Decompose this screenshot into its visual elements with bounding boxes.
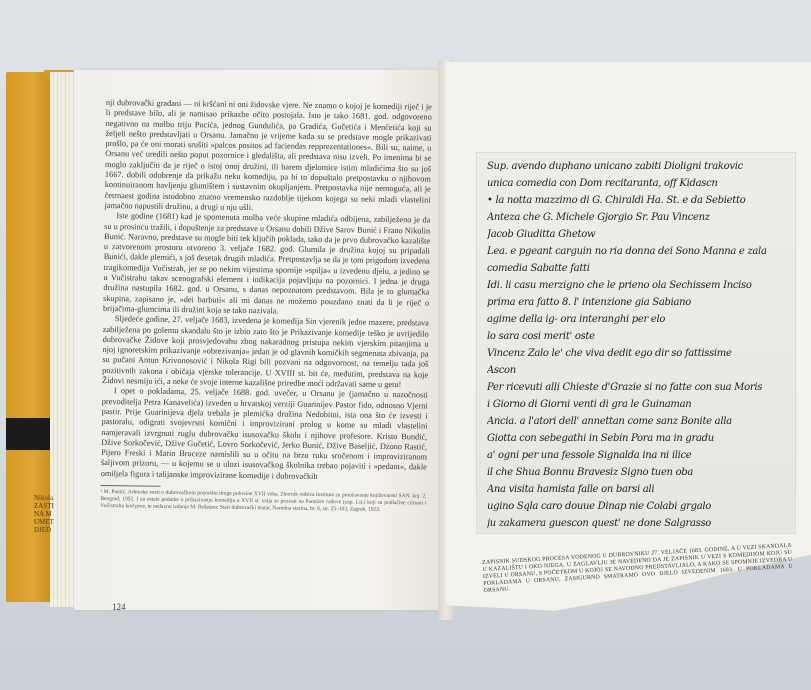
handwritten-line: Lea. e pgeant carguin no ria donna dei S…: [487, 246, 787, 263]
spine-title-line: DJED: [34, 526, 58, 534]
handwritten-line: Idi. li casu merzigno che le prieno ola …: [487, 280, 787, 297]
handwritten-line: a' ogni per una fessole Signalda ina ni …: [487, 450, 787, 467]
manuscript-facsimile: Sup. avendo duphano unicano zabiti Dioli…: [476, 152, 796, 534]
handwritten-line: unica comedia con Dom recitaranta, off K…: [487, 178, 787, 195]
paragraph: Sljedeće godine, 27. veljače 1683, izved…: [102, 314, 429, 391]
paragraph: nji dubrovački građani — ni kršćani ni o…: [104, 98, 432, 216]
handwritten-line: agime della ig- ora interanghi per elo: [487, 314, 787, 331]
handwritten-line: Ana visita hamista falle on barsi ali: [487, 484, 787, 501]
handwritten-lines: Sup. avendo duphano unicano zabiti Dioli…: [487, 161, 787, 535]
paragraph: I opet o pokladama, 25. veljače 1688. go…: [101, 386, 428, 483]
handwritten-line: comedia Sabatte fatti: [487, 263, 787, 280]
handwritten-line: prima era fatto 8. l' intenzione gia Sab…: [487, 297, 787, 314]
body-text: nji dubrovački građani — ni kršćani ni o…: [100, 98, 432, 514]
handwritten-line: Vincenz Zalo le' che viva dedit ego dir …: [487, 348, 787, 365]
spine-title-line: UMET: [34, 518, 58, 526]
spine-author: Nikola: [34, 494, 58, 502]
footnote-divider: [101, 485, 161, 487]
left-page: nji dubrovački građani — ni kršćani ni o…: [74, 70, 446, 610]
handwritten-line: il che Shua Bonnu Bravesiz Signo tuen ob…: [487, 467, 787, 484]
handwritten-line: Ascon: [487, 365, 787, 382]
page-number: 124: [112, 602, 126, 612]
handwritten-line: Ancia. a l'atori dell' annettan come san…: [487, 416, 787, 433]
footnote: ¹ M. Pantić, Arhivske vesti o dubrovačko…: [100, 489, 426, 515]
handwritten-line: Sup. avendo duphano unicano zabiti Dioli…: [487, 161, 787, 178]
handwritten-line: lo sara cosi merit' oste: [487, 331, 787, 348]
cover-black-band: [6, 418, 52, 450]
handwritten-line: Jacob Giuditta Ghetow: [487, 229, 787, 246]
handwritten-line: Giotta con sebegathi in Sebin Pora ma in…: [487, 433, 787, 450]
handwritten-line: Per ricevuti alli Chieste d'Grazie si no…: [487, 382, 787, 399]
spine-text: Nikola ZASTI NA M UMET DJED: [34, 494, 58, 534]
handwritten-line: Anteza che G. Michele Gjorgio Sr. Pau Vi…: [487, 212, 787, 229]
handwritten-line: i Giorno di Giorni venti di gra le Guina…: [487, 399, 787, 416]
handwritten-line: • la notta mazzimo di G. Chiraldi Ha. St…: [487, 195, 787, 212]
spine-title-line: ZASTI: [34, 502, 58, 510]
handwritten-line: ju zakamera guescon quest' ne done Salgr…: [487, 518, 787, 535]
spine-title-line: NA M: [34, 510, 58, 518]
handwritten-line: ugino Sqla caro douue Dinap nie Colabi g…: [487, 501, 787, 518]
paragraph: Iste godine (1681) kad je spomenuta molb…: [103, 211, 430, 319]
